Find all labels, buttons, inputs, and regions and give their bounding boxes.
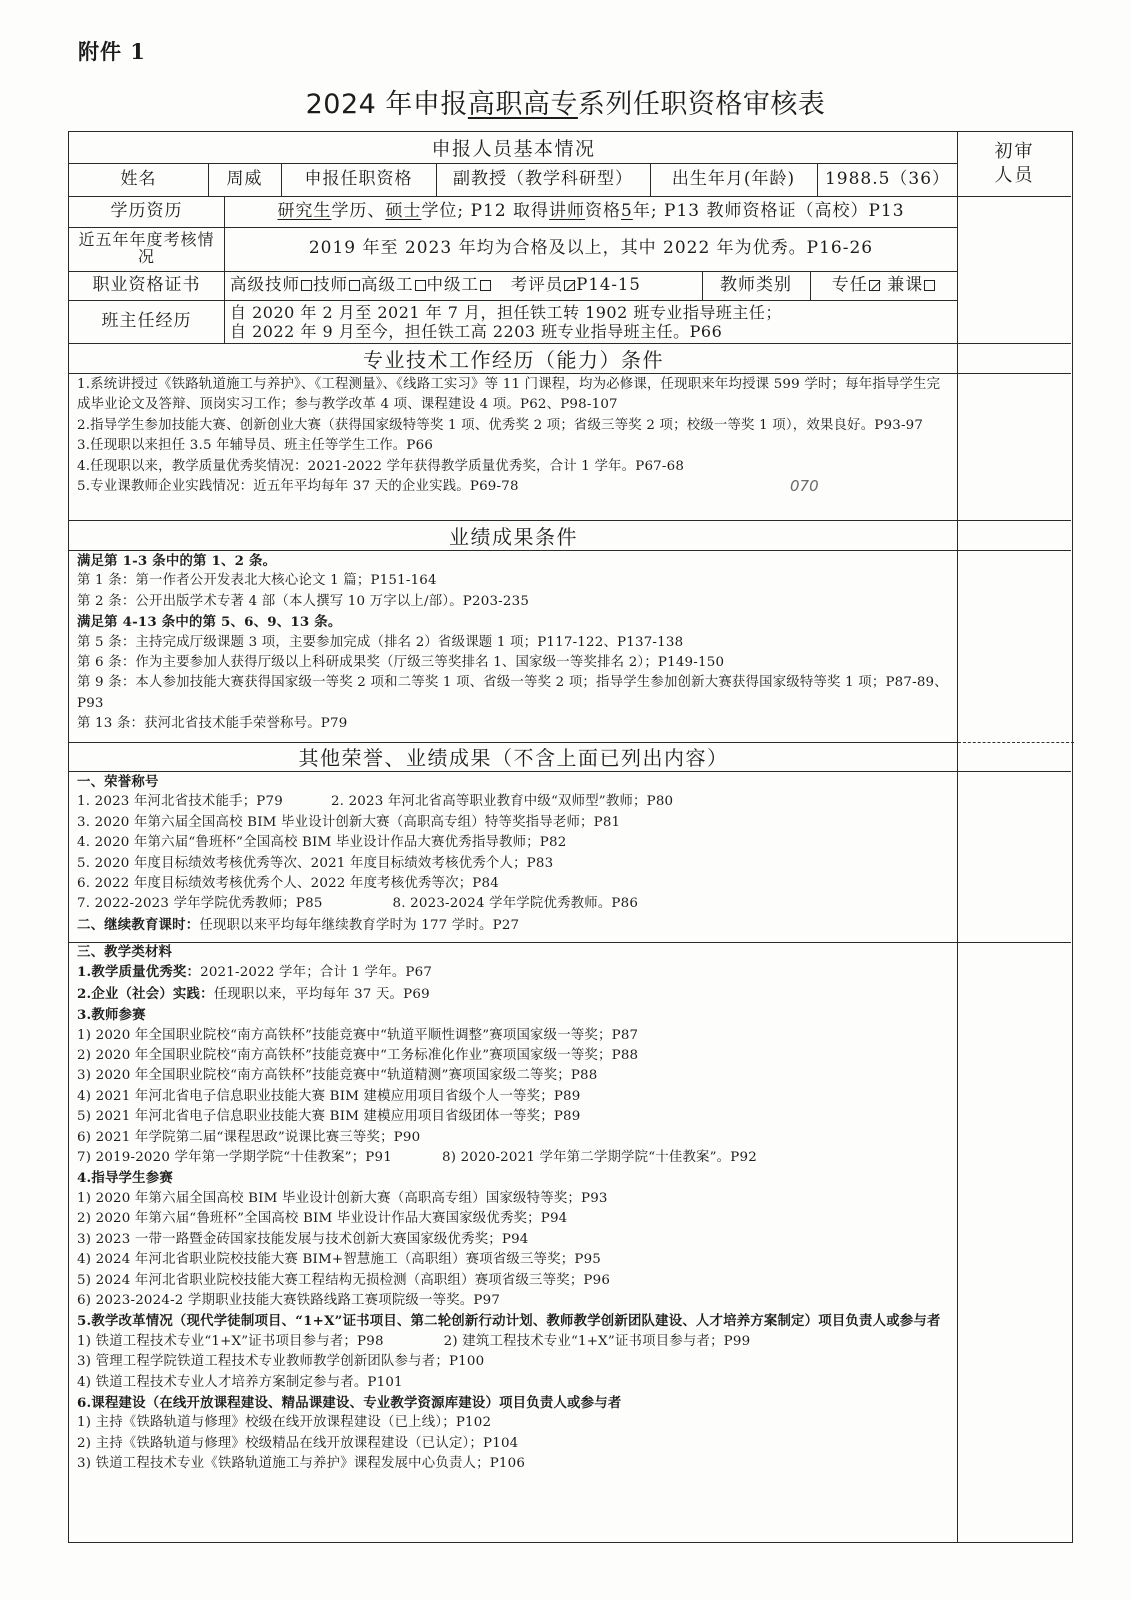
honor-row: 1. 2023 年河北省技术能手；P792. 2023 年河北省高等职业教育中级… [77,792,951,812]
certificate-label: 职业资格证书 [69,271,224,300]
competition-item: 2) 2020 年全国职业院校“南方高铁杯”技能竞赛中“工务标准化作业”赛项国家… [77,1046,951,1066]
honor-item: 4. 2020 年第六届“鲁班杯”全国高校 BIM 毕业设计作品大赛优秀指导教师… [77,833,951,853]
student-competition-item: 2) 2020 年第六届“鲁班杯”全国高校 BIM 毕业设计作品大赛国家级优秀奖… [77,1209,951,1229]
student-competition-item: 3) 2023 一带一路暨金砖国家技能发展与技术创新大赛国家级优秀奖；P94 [77,1230,951,1250]
title-prefix: 2024 年申报 [306,89,468,120]
edu-text-3: 资格 [585,202,621,222]
competition-item: 7) 2019-2020 学年第一学期学院“十佳教案”；P91 [77,1150,392,1165]
honor-item: 6. 2022 年度目标绩效考核优秀个人、2022 年度考核优秀等次；P84 [77,874,951,894]
teaching-materials-list: 三、教学类材料 1.教学质量优秀奖：2021-2022 学年；合计 1 学年。P… [77,942,951,1475]
other-honors-heading: 其他荣誉、业绩成果（不含上面已列出内容） [69,742,958,771]
honor-item: 5. 2020 年度目标绩效考核优秀等次、2021 年度目标绩效考核优秀个人；P… [77,854,951,874]
reviewer-cell-achievements[interactable] [958,551,1071,771]
edu-text-1: 学历、 [331,202,385,222]
teacher-type-parttime-checkbox[interactable] [924,280,935,291]
teacher-type-fulltime-checkbox[interactable] [869,280,880,291]
edu-degree: 研究生 [277,202,331,222]
student-competition-item: 6) 2023-2024-2 学期职业技能大赛铁路线路工赛项院级一等奖。P97 [77,1291,951,1311]
review-form-table: 申报人员基本情况 姓名 周威 申报任职资格 副教授（教学科研型） 出生年月(年龄… [68,131,1073,1543]
honor-item: 3. 2020 年第六届全国高校 BIM 毕业设计创新大赛（高职高专组）特等奖指… [77,813,951,833]
dashed-divider [958,742,1074,743]
cert-mid-worker-checkbox[interactable] [480,280,491,291]
edu-years: 5 [621,202,633,222]
achievement-item: 第 5 条：主持完成厅级课题 3 项，主要参加完成（排名 2）省级课题 1 项；… [77,633,951,653]
edu-degree2: 硕士 [385,202,421,222]
qualification-value: 副教授（教学科研型） [436,163,650,196]
competition-item: 1) 2020 年全国职业院校“南方高铁杯”技能竞赛中“轨道平顺性调整”赛项国家… [77,1026,951,1046]
honor-item: 1. 2023 年河北省技术能手；P79 [77,794,283,809]
reviewer-label-line2: 人员 [995,164,1035,188]
reform-item: 2) 建筑工程技术专业“1+X”证书项目参与者；P99 [444,1334,751,1349]
reviewer-cell-basic[interactable] [958,197,1071,343]
name-value: 周威 [208,163,281,196]
work-experience-list: 1.系统讲授过《铁路轨道施工与养护》、《工程测量》、《线路工实习》等 11 门课… [77,375,951,497]
reviewer-cell-honors[interactable] [958,772,1071,942]
work-item: 2.指导学生参加技能大赛、创新创业大赛（获得国家级特等奖 1 项、优秀奖 2 项… [77,416,951,436]
continuing-ed-text: 任现职以来平均每年继续教育学时为 177 学时。P27 [199,918,519,933]
education-value: 研究生学历、硕士学位; P12 取得讲师资格5年; P13 教师资格证（高校）P… [224,196,958,227]
cert-senior-worker-label: 高级工 [361,276,414,295]
competition-row: 7) 2019-2020 学年第一学期学院“十佳教案”；P918) 2020-2… [77,1148,951,1168]
course-item: 2) 主持《铁路轨道与修理》校级精品在线开放课程建设（已认定）；P104 [77,1434,951,1454]
practice-heading: 2.企业（社会）实践： [77,986,214,1002]
achievement-item: 第 9 条：本人参加技能大赛获得国家级一等奖 2 项和二等奖 1 项、省级一等奖… [77,673,951,714]
achievement-item: 第 13 条：获河北省技术能手荣誉称号。P79 [77,714,951,734]
work-item: 5.专业课教师企业实践情况：近五年平均每年 37 天的企业实践。P69-78 [77,477,951,497]
honors-heading: 一、荣誉称号 [77,772,951,792]
title-underlined: 高职高专 [468,89,578,120]
achievement-item: 第 2 条：公开出版学术专著 4 部（本人撰写 10 万字以上/部）。P203-… [77,592,951,612]
cert-technician-checkbox[interactable] [349,280,360,291]
continuing-education: 二、继续教育课时：任现职以来平均每年继续教育学时为 177 学时。P27 [77,915,951,936]
reviewer-cell-work[interactable] [958,374,1071,520]
honor-item: 8. 2023-2024 学年学院优秀教师。P86 [393,896,639,911]
competition-item: 8) 2020-2021 学年第二学期学院“十佳教案”。P92 [442,1150,757,1165]
handwritten-note: 070 [790,477,819,495]
competition-item: 4) 2021 年河北省电子信息职业技能大赛 BIM 建模应用项目省级个人一等奖… [77,1087,951,1107]
teaching-quality-text: 2021-2022 学年；合计 1 学年。P67 [200,965,432,980]
assessment-value: 2019 年至 2023 年均为合格及以上，其中 2022 年为优秀。P16-2… [224,227,958,271]
competition-item: 3) 2020 年全国职业院校“南方高铁杯”技能竞赛中“轨道精测”赛项国家级二等… [77,1066,951,1086]
cert-mid-worker-label: 中级工 [427,276,480,295]
certificate-options: 高级技师技师高级工中级工 考评员P14-15 [230,271,700,300]
course-item: 3) 铁道工程技术专业《铁路轨道施工与养护》课程发展中心负责人；P106 [77,1454,951,1474]
student-competition-item: 5) 2024 年河北省职业院校技能大赛工程结构无损检测（高职组）赛项省级三等奖… [77,1271,951,1291]
achievements-list: 满足第 1-3 条中的第 1、2 条。 第 1 条：第一作者公开发表北大核心论文… [77,551,951,735]
honor-row: 7. 2022-2023 学年学院优秀教师；P858. 2023-2024 学年… [77,894,951,914]
edu-title-rank: 讲师 [549,202,585,222]
main-column: 申报人员基本情况 姓名 周威 申报任职资格 副教授（教学科研型） 出生年月(年龄… [69,132,958,1542]
teaching-quality: 1.教学质量优秀奖：2021-2022 学年；合计 1 学年。P67 [77,962,951,983]
student-competition-item: 1) 2020 年第六届全国高校 BIM 毕业设计创新大赛（高职高专组）国家级特… [77,1189,951,1209]
cert-senior-worker-checkbox[interactable] [415,280,426,291]
page-title: 2024 年申报高职高专系列任职资格审核表 [0,82,1131,121]
name-label: 姓名 [69,163,208,196]
reform-item: 1) 铁道工程技术专业“1+X”证书项目参与者；P98 [77,1334,384,1349]
course-item: 1) 主持《铁路轨道与修理》校级在线开放课程建设（已上线）；P102 [77,1413,951,1433]
achievement-group-heading: 满足第 1-3 条中的第 1、2 条。 [77,551,951,571]
continuing-ed-heading: 二、继续教育课时： [77,917,199,933]
competition-item: 6) 2021 年学院第二届“课程思政”说课比赛三等奖；P90 [77,1128,951,1148]
competitions-heading: 3.教师参赛 [77,1005,951,1025]
work-item: 1.系统讲授过《铁路轨道施工与养护》、《工程测量》、《线路工实习》等 11 门课… [77,375,951,416]
honors-list: 一、荣誉称号 1. 2023 年河北省技术能手；P792. 2023 年河北省高… [77,772,951,936]
teaching-heading: 三、教学类材料 [77,942,951,962]
basic-info-heading: 申报人员基本情况 [69,132,958,163]
reform-item: 4) 铁道工程技术专业人才培养方案制定参与者。P101 [77,1373,951,1393]
attachment-label: 附件 1 [78,36,146,66]
class-teacher-line: 自 2020 年 2 月至 2021 年 7 月，担任铁工转 1902 班专业指… [230,303,782,322]
honor-item: 7. 2022-2023 学年学院优秀教师；P85 [77,896,323,911]
teaching-quality-heading: 1.教学质量优秀奖： [77,964,200,980]
teacher-type-fulltime-label: 专任 [832,276,868,296]
reform-row: 1) 铁道工程技术专业“1+X”证书项目参与者；P982) 建筑工程技术专业“1… [77,1332,951,1352]
achievement-item: 第 6 条：作为主要参加人获得厅级以上科研成果奖（厅级三等奖排名 1、国家级一等… [77,653,951,673]
teacher-type-options: 专任 兼课 [810,271,958,300]
student-competitions-heading: 4.指导学生参赛 [77,1168,951,1188]
reviewer-cell-teaching[interactable] [958,943,1071,1541]
reviewer-label: 初审人员 [958,132,1071,196]
achievements-heading: 业绩成果条件 [69,520,958,550]
work-item: 4.任现职以来，教学质量优秀奖情况：2021-2022 学年获得教学质量优秀奖，… [77,457,951,477]
education-label: 学历资历 [69,196,224,227]
edu-text-4: 年; P13 教师资格证（高校）P13 [633,202,905,222]
class-teacher-line: 自 2022 年 9 月至今，担任铁工高 2203 班专业指导班主任。P66 [230,322,722,341]
student-competition-item: 4) 2024 年河北省职业院校技能大赛 BIM+智慧施工（高职组）赛项省级三等… [77,1250,951,1270]
class-teacher-value: 自 2020 年 2 月至 2021 年 7 月，担任铁工转 1902 班专业指… [230,300,950,343]
work-item: 3.任现职以来担任 3.5 年辅导员、班主任等学生工作。P66 [77,436,951,456]
reform-heading: 5.教学改革情况（现代学徒制项目、“1+X”证书项目、第二轮创新行动计划、教师教… [77,1311,951,1331]
title-suffix: 系列任职资格审核表 [578,89,826,120]
enterprise-practice: 2.企业（社会）实践：任现职以来，平均每年 37 天。P69 [77,984,951,1005]
teacher-type-label: 教师类别 [702,271,810,300]
cert-examiner-label: 考评员 [511,276,564,295]
reviewer-column: 初审人员 [958,132,1071,1542]
edu-text-2: 学位; P12 取得 [421,202,549,222]
honor-item: 2. 2023 年河北省高等职业教育中级“双师型”教师；P80 [331,794,673,809]
assessment-label: 近五年年度考核情况 [73,227,220,271]
cert-senior-technician-label: 高级技师 [230,276,300,295]
cert-senior-technician-checkbox[interactable] [301,280,312,291]
qualification-label: 申报任职资格 [281,163,436,196]
class-teacher-label: 班主任经历 [69,300,224,343]
achievement-item: 第 1 条：第一作者公开发表北大核心论文 1 篇；P151-164 [77,571,951,591]
cert-examiner-pages: P14-15 [576,276,641,295]
course-heading: 6.课程建设（在线开放课程建设、精品课建设、专业教学资源库建设）项目负责人或参与… [77,1393,951,1413]
birth-label: 出生年月(年龄) [650,163,817,196]
reviewer-label-line1: 初审 [995,140,1035,164]
competition-item: 5) 2021 年河北省电子信息职业技能大赛 BIM 建模应用项目省级团体一等奖… [77,1107,951,1127]
teacher-type-parttime-label: 兼课 [887,276,923,296]
cert-technician-label: 技师 [313,276,348,295]
reform-item: 3) 管理工程学院铁道工程技术专业教师教学创新团队参与者；P100 [77,1352,951,1372]
cert-examiner-checkbox[interactable] [564,280,575,291]
work-experience-heading: 专业技术工作经历（能力）条件 [69,343,958,373]
birth-value: 1988.5（36） [817,163,958,196]
practice-text: 任现职以来，平均每年 37 天。P69 [214,987,430,1002]
achievement-group-heading: 满足第 4-13 条中的第 5、6、9、13 条。 [77,612,951,632]
